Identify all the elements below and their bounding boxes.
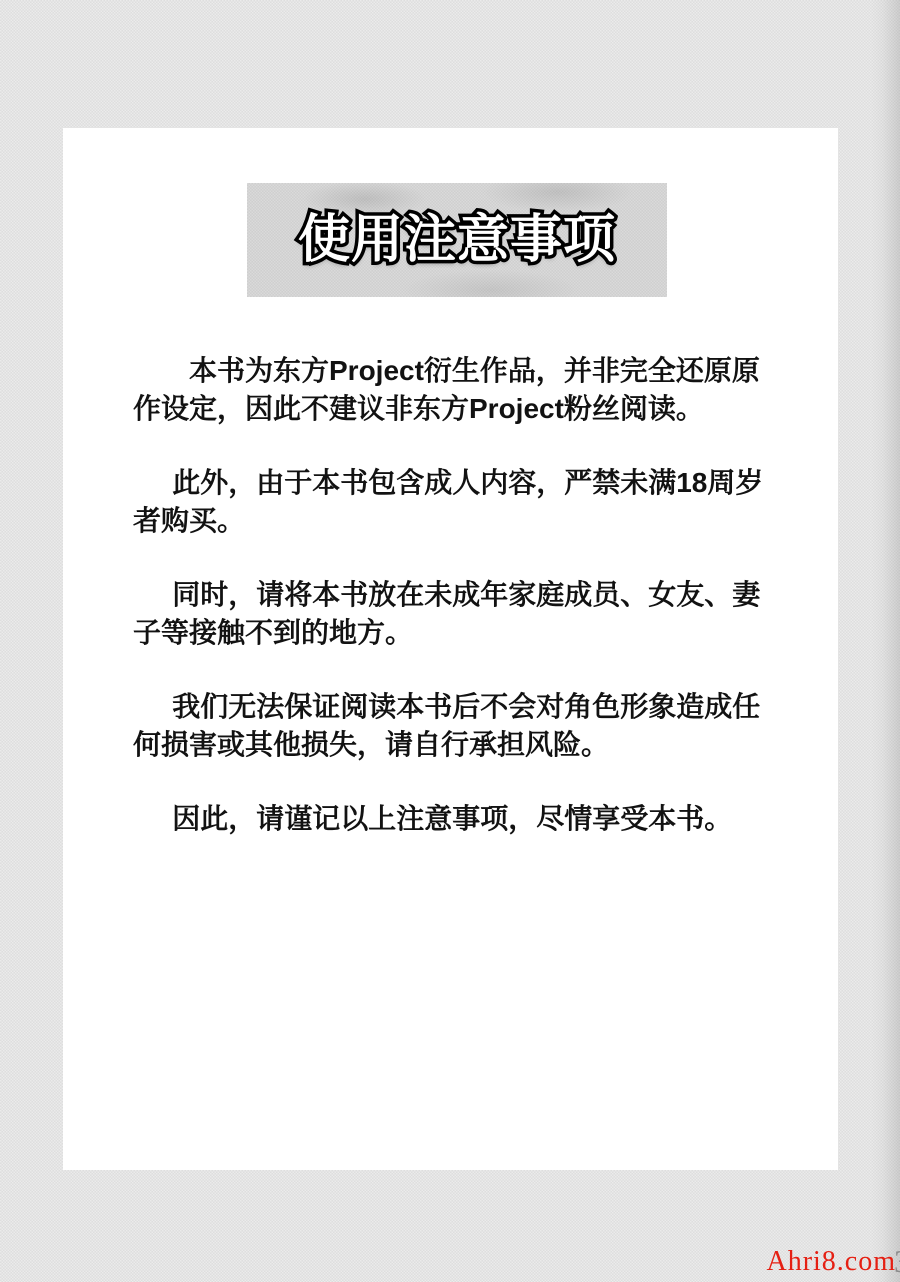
title-banner: 使用注意事项 使用注意事项 bbox=[247, 183, 667, 297]
notice-paragraph: 此外，由于本书包含成人内容，严禁未满18周岁者购买。 bbox=[133, 464, 775, 540]
page-title-text: 使用注意事项 bbox=[298, 211, 616, 269]
scan-edge-shadow bbox=[870, 0, 900, 1282]
book-page: 使用注意事项 使用注意事项 本书为东方Project衍生作品，并非完全还原原作设… bbox=[63, 128, 838, 1170]
notice-text-block: 本书为东方Project衍生作品，并非完全还原原作设定，因此不建议非东方Proj… bbox=[133, 352, 775, 874]
notice-paragraph: 因此，请谨记以上注意事项，尽情享受本书。 bbox=[133, 800, 775, 838]
notice-paragraph: 同时，请将本书放在未成年家庭成员、女友、妻子等接触不到的地方。 bbox=[133, 576, 775, 652]
watermark: Ahri8.com bbox=[766, 1246, 896, 1278]
page-title: 使用注意事项 使用注意事项 bbox=[298, 214, 616, 266]
notice-paragraph: 我们无法保证阅读本书后不会对角色形象造成任何损害或其他损失，请自行承担风险。 bbox=[133, 688, 775, 764]
notice-paragraph: 本书为东方Project衍生作品，并非完全还原原作设定，因此不建议非东方Proj… bbox=[133, 352, 775, 428]
scan-background: 使用注意事项 使用注意事项 本书为东方Project衍生作品，并非完全还原原作设… bbox=[0, 0, 900, 1282]
